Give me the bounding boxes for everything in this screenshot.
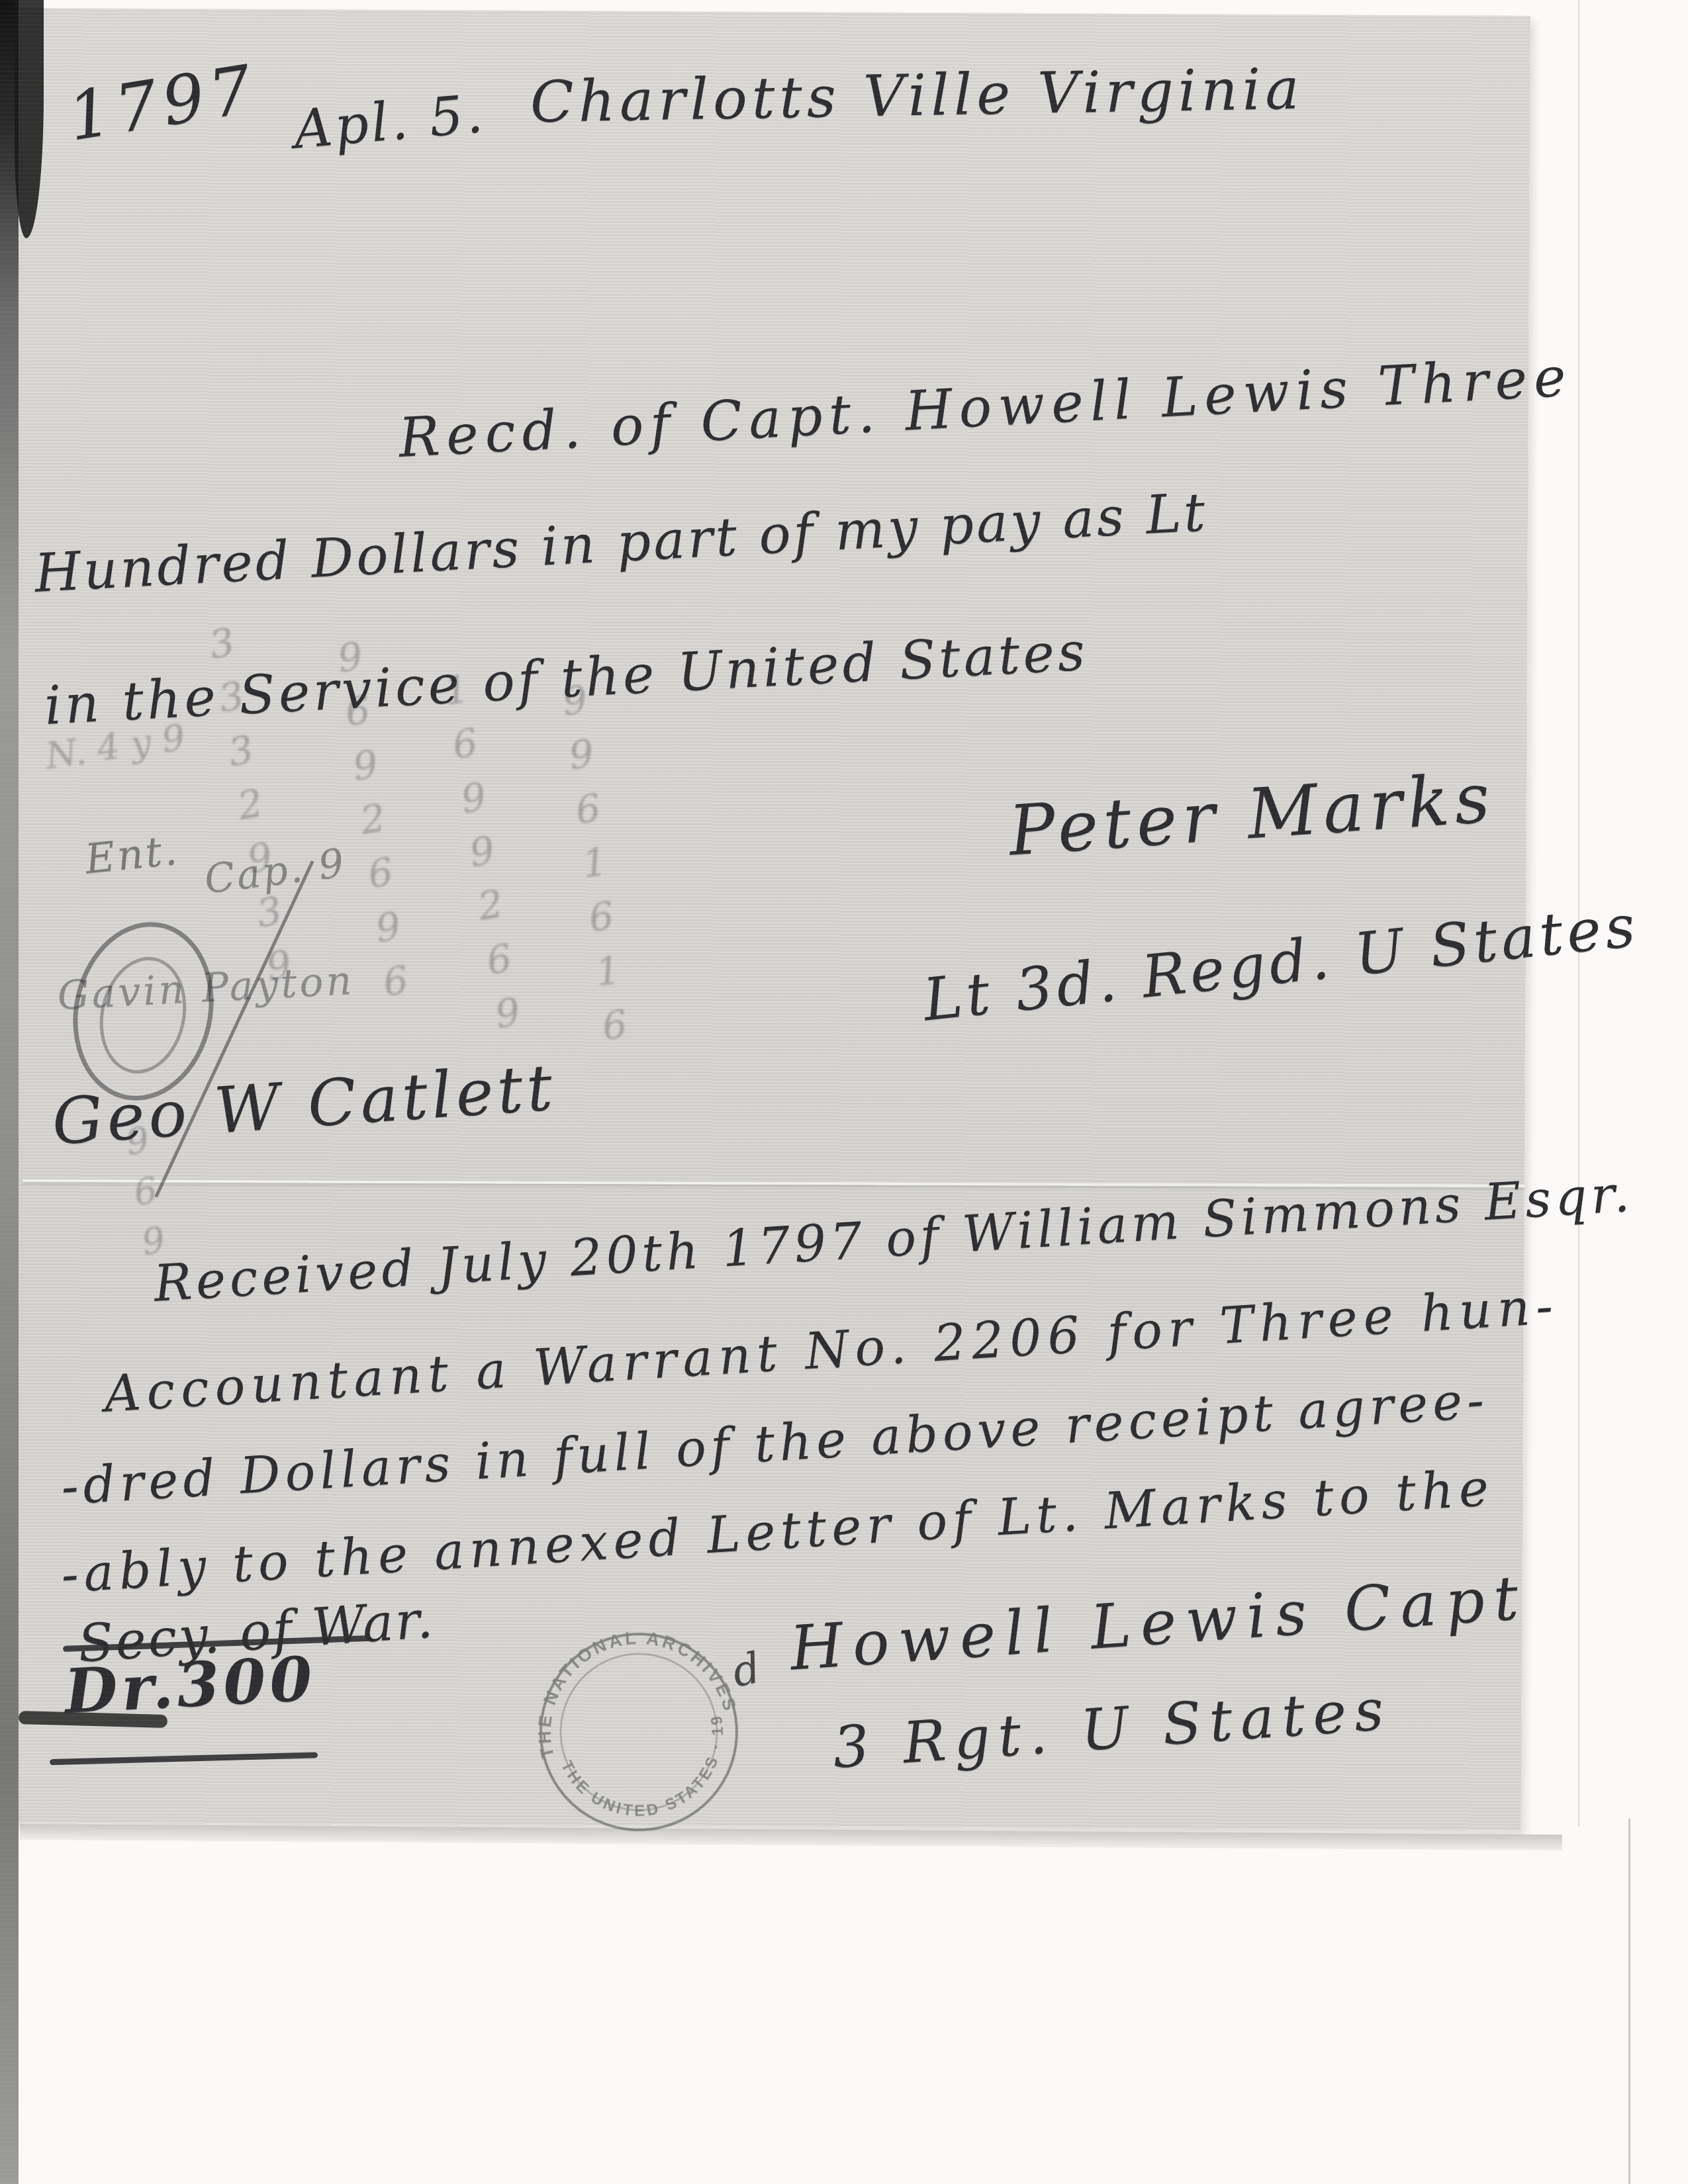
dateline-place: Charlotts Ville Virginia xyxy=(530,56,1304,136)
scan-left-edge xyxy=(0,0,19,2184)
scanned-receipt-page: { "colors": { "paper": "#d7d6d2", "ink":… xyxy=(0,0,1688,2184)
note-ent: Ent. xyxy=(83,825,181,883)
amount-notation: Dr.300 xyxy=(63,1643,318,1727)
backing-sheet-line-bottom xyxy=(1628,1819,1630,2184)
